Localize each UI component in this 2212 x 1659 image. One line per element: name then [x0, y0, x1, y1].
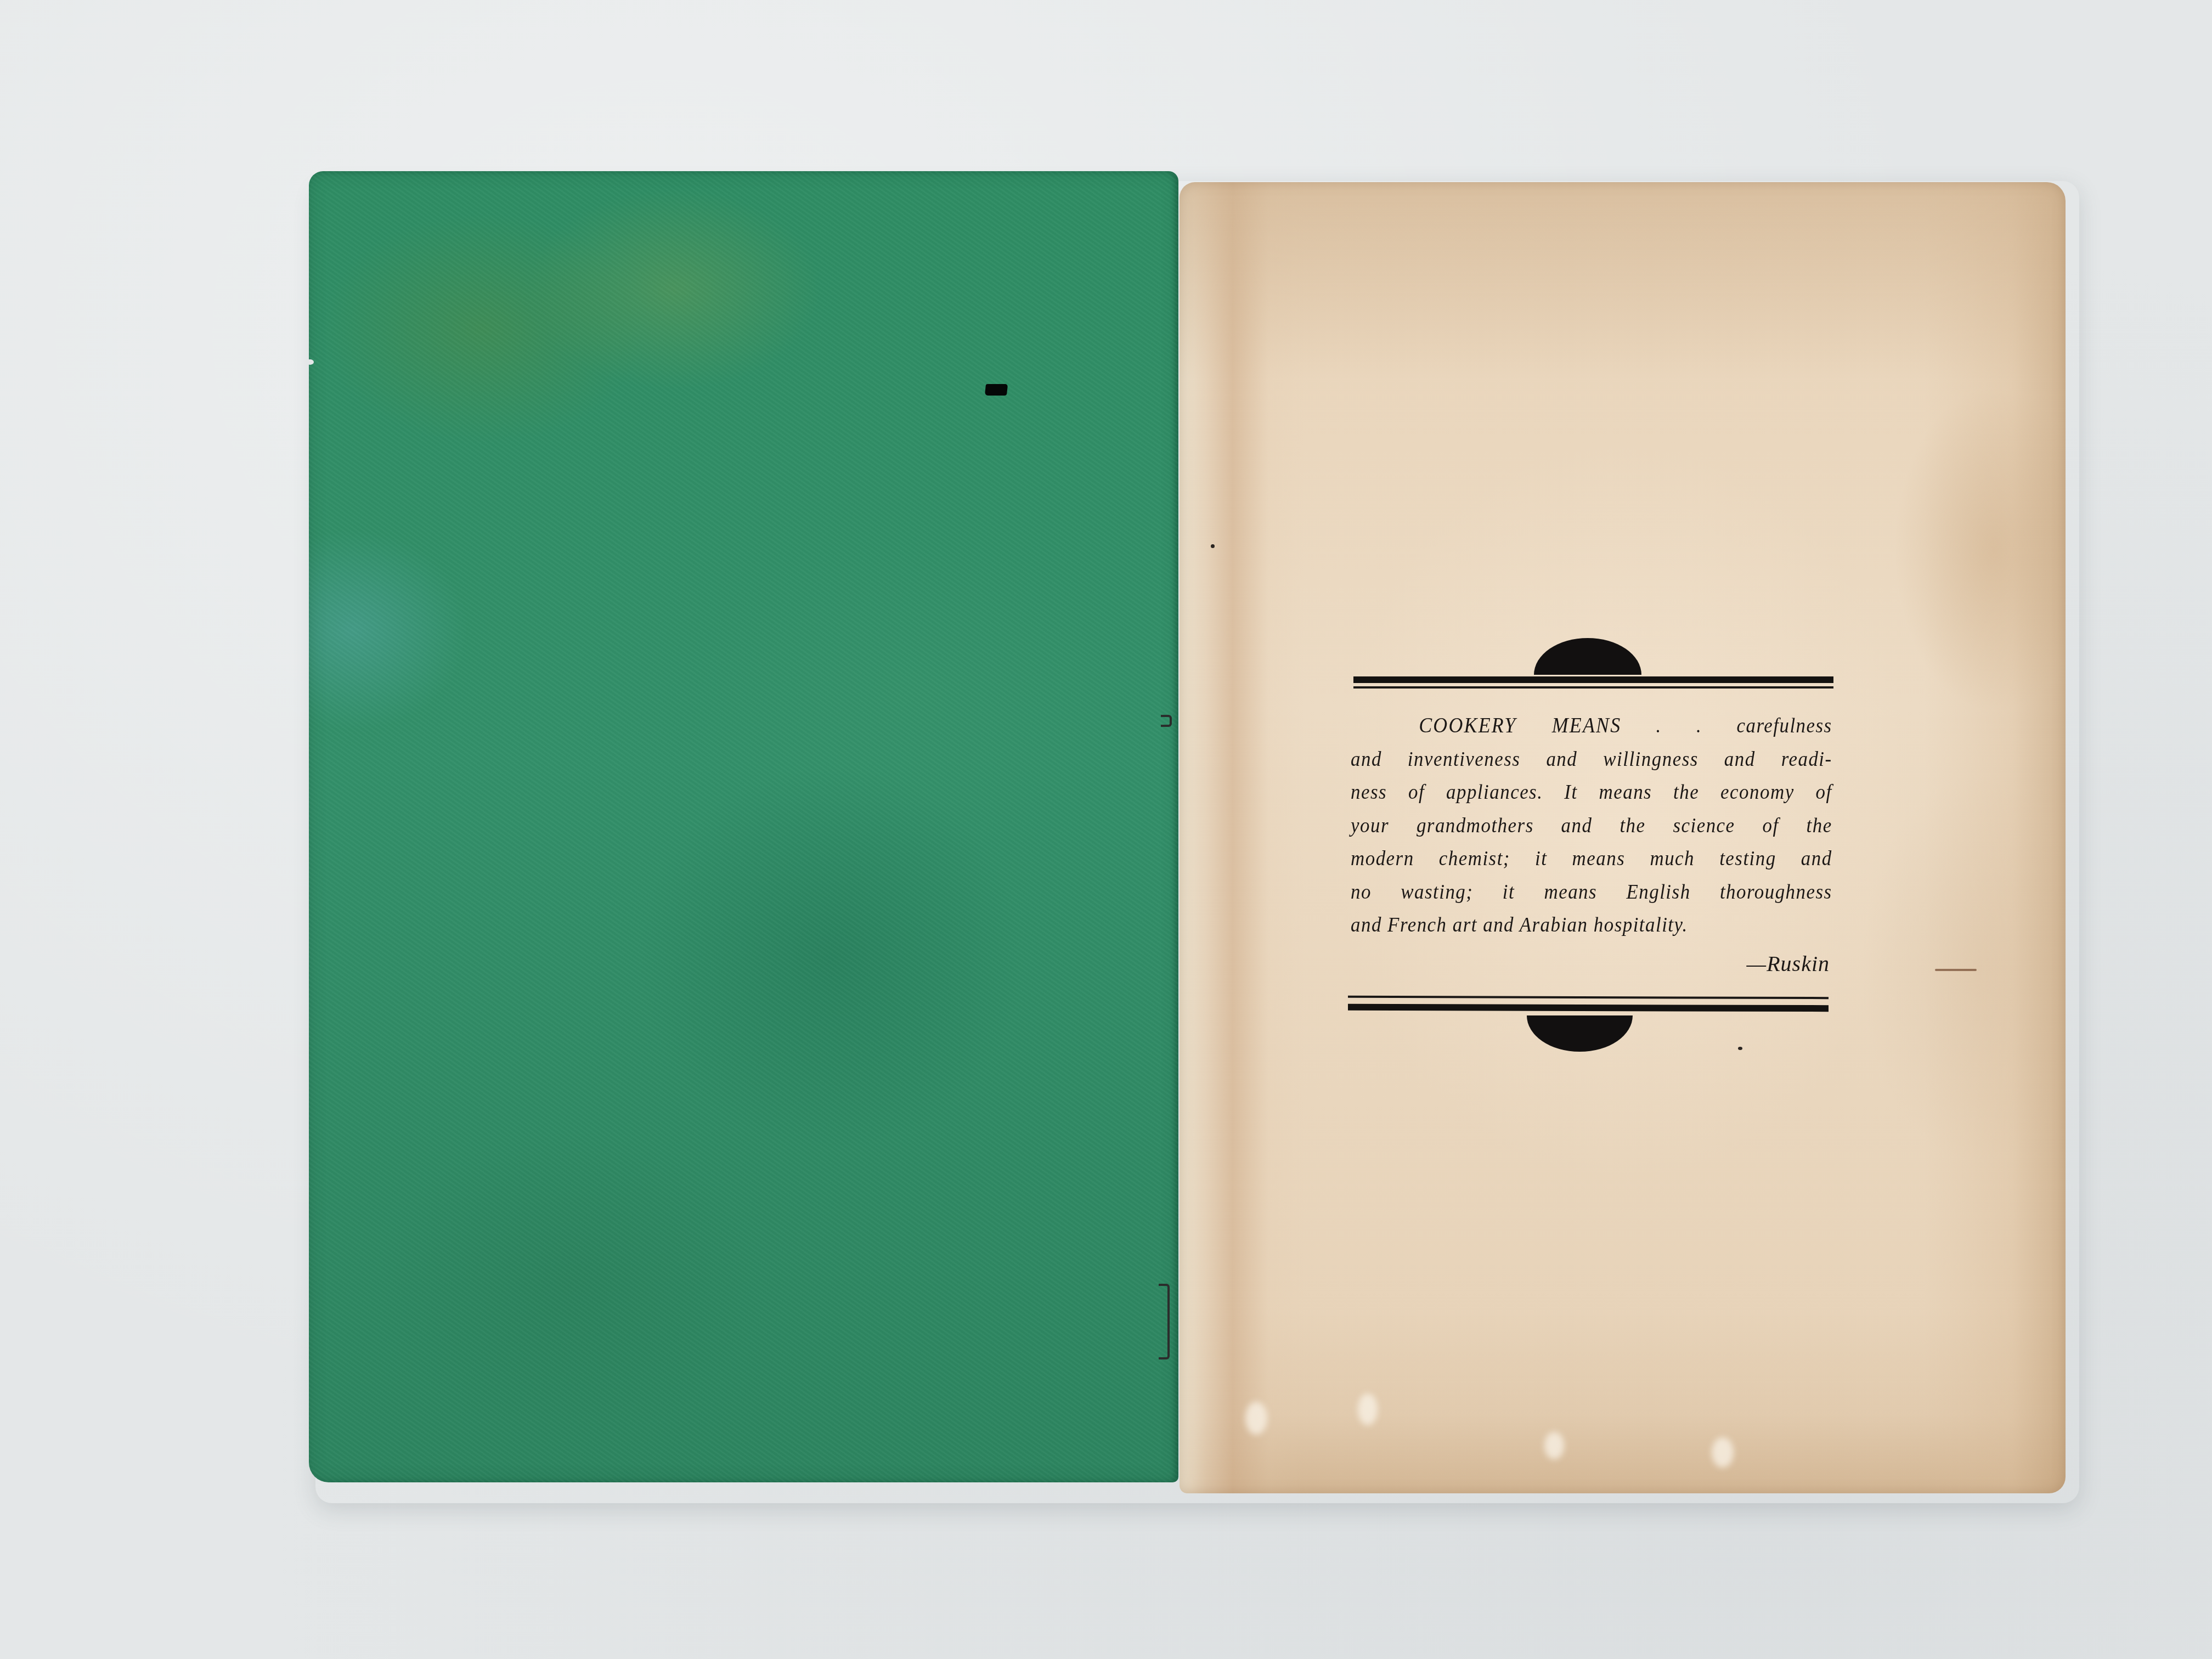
quote-line-1-rest: . . carefulness — [1656, 714, 1832, 737]
pencil-mark — [1935, 969, 1977, 971]
ruskin-quote: COOKERY MEANS . . carefulness and invent… — [1351, 709, 1794, 942]
bottom-thick-rule — [1348, 1004, 1829, 1012]
staple-icon — [1159, 1284, 1170, 1359]
top-thick-rule — [1353, 676, 1833, 683]
water-stain-spot — [1712, 1437, 1734, 1468]
water-stain-spot — [1358, 1393, 1378, 1425]
cover-edge-notch — [306, 359, 314, 365]
quote-line-6: no wasting; it means English thoroughnes… — [1351, 876, 1832, 909]
quote-lead: COOKERY MEANS — [1419, 714, 1621, 737]
quote-line-7: and French art and Arabian hospitality. — [1351, 909, 1832, 942]
quote-line-4: your grandmothers and the science of the — [1351, 809, 1832, 843]
quote-line-2: and inventiveness and willingness and re… — [1351, 743, 1832, 776]
ink-speck — [1211, 544, 1215, 548]
water-stain-spot — [1544, 1432, 1564, 1459]
quote-attribution: —Ruskin — [1728, 951, 1830, 977]
quote-line-5: modern chemist; it means much testing an… — [1351, 842, 1832, 876]
green-inside-cover — [309, 171, 1178, 1482]
quote-line-3: ness of appliances. It means the economy… — [1351, 776, 1832, 809]
top-thin-rule — [1353, 686, 1833, 689]
quote-line-1: COOKERY MEANS . . carefulness — [1351, 709, 1832, 743]
ink-speck — [1738, 1047, 1742, 1050]
water-stain-spot — [1245, 1402, 1267, 1435]
cover-hole — [985, 384, 1008, 396]
staple-icon — [1161, 715, 1172, 727]
